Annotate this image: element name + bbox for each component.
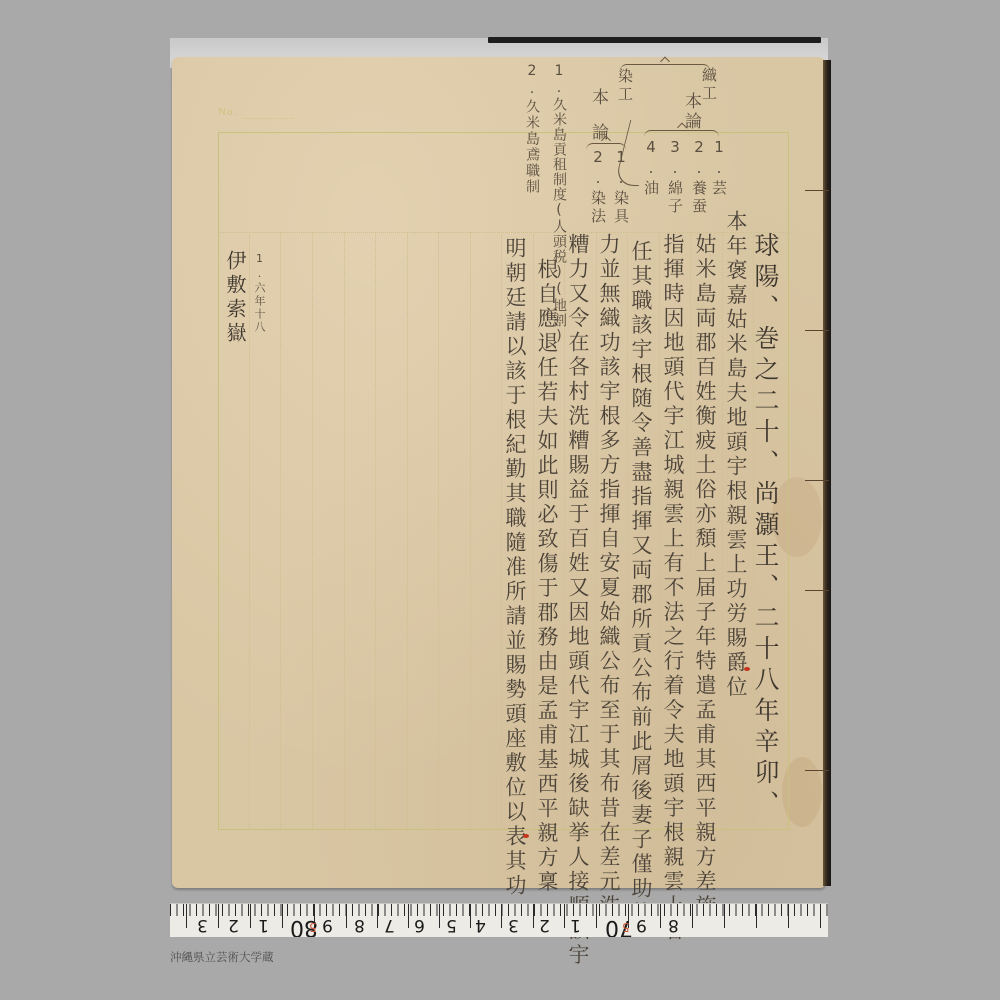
ruler-label: 7 <box>384 916 395 934</box>
ruler-major-tick <box>470 904 471 928</box>
ruler-major-tick <box>788 904 789 928</box>
left-annotation-place: 伊敷索嶽 <box>222 250 248 346</box>
ruler-major-tick <box>377 904 378 928</box>
ruler-label: 2 <box>539 916 550 934</box>
ruler-major-tick <box>756 904 757 928</box>
column-rule <box>438 232 439 829</box>
ruler-label: 3 <box>197 916 208 934</box>
ruler-label: 9 <box>636 916 647 934</box>
ruler-label: 5 <box>309 918 317 936</box>
form-number-label: No. <box>218 106 237 118</box>
ruler-major-tick <box>692 904 693 928</box>
red-ink-mark <box>744 667 750 671</box>
note-kume-occupation: 2.久米島鳶職制 <box>519 63 545 195</box>
ruler-label: 3 <box>508 916 519 934</box>
note-weaving-item: 2.養蚕 <box>686 138 712 216</box>
body-column: 姑米島両郡百姓衡疲土俗亦頽上届子年特遣孟甫其西平親方差施 <box>692 233 718 919</box>
ruler-major-tick <box>501 904 502 928</box>
ruler-major-tick <box>724 904 725 928</box>
body-column: 根自應退任若夫如此則必致傷于郡務由是孟甫基西平親方稟 <box>534 258 560 895</box>
binding-thread <box>805 590 829 591</box>
ruler-major-tick <box>660 904 661 928</box>
outline-brace <box>644 130 719 137</box>
binding-thread <box>805 190 829 191</box>
red-ink-mark <box>523 834 529 838</box>
note-kume-tax-system: 1.久米島貢租制度(人頭税)(地割) <box>546 63 572 345</box>
column-rule <box>375 232 376 829</box>
column-rule <box>690 232 691 829</box>
ruler-major-tick <box>186 904 187 928</box>
ruler-label: 1 <box>570 916 581 934</box>
column-rule <box>312 232 313 829</box>
ruler-major-tick <box>533 904 534 928</box>
ruler-label: 6 <box>414 916 425 934</box>
ruler-label: 4 <box>475 916 486 934</box>
ruler-major-tick <box>250 904 251 928</box>
ruler-label: 2 <box>228 916 239 934</box>
measuring-ruler: 32180598765432170598 <box>170 903 828 937</box>
title-column: 球陽、巻之二十、尚灝王、二十八年辛卯、 <box>752 232 778 821</box>
note-dyeing-item: 1.染具 <box>608 148 634 226</box>
body-column: 任其職該宇根随令善盡指揮又両郡所貢公布前此屑後妻子僅助紡 <box>628 240 654 926</box>
column-rule <box>280 232 281 829</box>
binding-thread <box>805 480 829 481</box>
binding-thread <box>805 770 829 771</box>
ruler-major-tick <box>346 904 347 928</box>
left-annotation-note: 1.六年十八 <box>246 252 272 334</box>
column-rule <box>344 232 345 829</box>
ruler-label: 5 <box>622 918 630 936</box>
collection-credit: 沖縄県立芸術大学蔵 <box>170 949 274 965</box>
ruler-major-tick <box>596 904 597 928</box>
ruler-label: 8 <box>668 916 679 934</box>
ruler-major-tick <box>408 904 409 928</box>
ruler-label: 1 <box>258 916 269 934</box>
ruler-major-tick <box>820 904 821 928</box>
form-number-dotted-line <box>244 118 294 119</box>
ruler-label: 9 <box>322 916 333 934</box>
note-dyeing-header: 染工 <box>612 68 638 104</box>
body-column: 指揮時因地頭代宇江城親雲上有不法之行着令夫地頭宇根親雲上署 <box>660 233 686 944</box>
body-column: 力並無織功該宇根多方指揮自安夏始織公布至于其布昔在差元洗 <box>596 233 622 919</box>
body-column: 本年褒嘉姑米島夫地頭宇根親雲上功労賜爵位 <box>723 210 749 700</box>
ruler-major-tick <box>564 904 565 928</box>
note-dyeing-item: 2.染法 <box>585 148 611 226</box>
ruler-label: 8 <box>354 916 365 934</box>
body-column: 明朝廷請以該于根紀勤其職隨准所請並賜勢頭座敷位以表其功 <box>502 237 528 899</box>
ruler-major-tick <box>439 904 440 928</box>
book-binding-edge <box>823 60 831 886</box>
ruler-major-tick <box>218 904 219 928</box>
column-rule <box>470 232 471 829</box>
binding-thread <box>805 330 829 331</box>
note-weaving-item: 3.綿子 <box>662 138 688 216</box>
column-rule <box>407 232 408 829</box>
ruler-major-tick <box>282 904 283 928</box>
ruler-label: 5 <box>446 916 457 934</box>
binding-bar <box>488 37 821 43</box>
